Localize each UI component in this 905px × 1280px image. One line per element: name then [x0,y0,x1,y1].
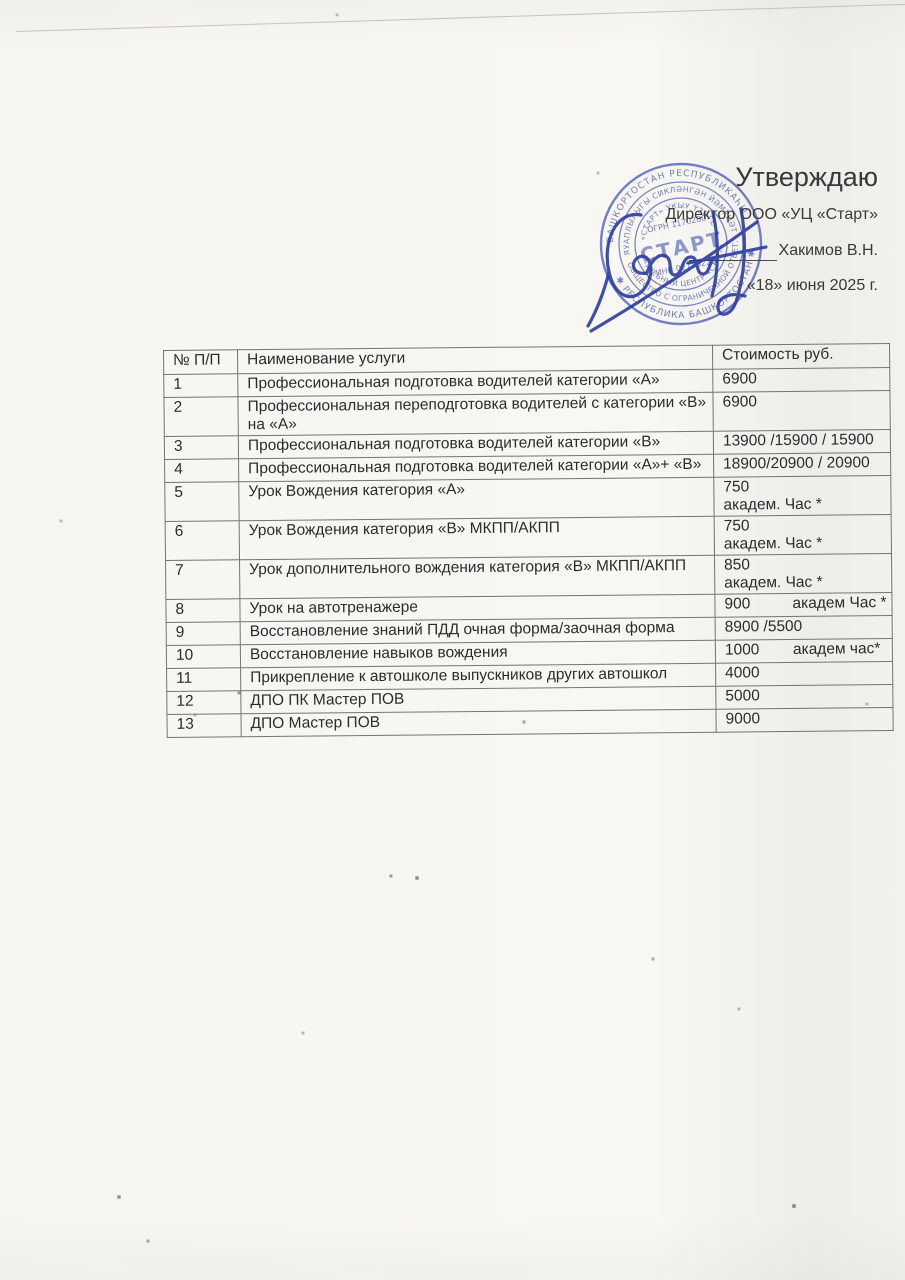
service-price: 850академ. Час * [714,554,891,595]
service-name: Урок Вождения категория «В» МКПП/АКПП [239,516,714,560]
price-value: 850 [724,556,792,575]
row-number: 7 [166,560,240,600]
service-price: 4000 [716,662,893,687]
service-price: 9000 [716,708,893,733]
price-value: 1000 [725,641,793,660]
approval-block: Утверждаю Директор ООО «УЦ «Старт» Хаким… [665,162,878,296]
row-number: 2 [164,397,238,437]
service-price: 1000академ час* [715,639,892,664]
service-price: 900академ Час * [715,593,892,618]
price-value: 6900 [722,393,790,412]
service-price: 6900 [713,391,890,432]
row-number: 1 [164,374,238,398]
price-unit: академ. Час * [724,574,823,593]
row-number: 13 [167,714,241,738]
service-price: 13900 /15900 / 15900 [713,430,890,455]
price-value: 4000 [725,664,793,683]
scan-noise [0,0,2,2]
director-line: Директор ООО «УЦ «Старт» [665,205,878,225]
signature-underline [689,245,777,261]
document-page: Утверждаю Директор ООО «УЦ «Старт» Хаким… [0,0,905,1280]
row-number: 12 [167,691,241,715]
price-unit: академ. Час * [723,496,822,515]
service-name: ДПО Мастер ПОВ [241,709,716,737]
service-price: 18900/20900 / 20900 [714,453,891,478]
price-value: 13900 /15900 / 15900 [723,431,874,450]
row-number: 10 [166,645,240,669]
row-number: 3 [164,436,238,460]
service-price: 8900 /5500 [715,616,892,641]
row-number: 5 [165,482,239,522]
price-unit: академ. Час * [724,535,823,554]
row-number: 9 [166,622,240,646]
col-header-price: Стоимость руб. [712,344,889,370]
approval-date: «18» июня 2025 г. [665,276,878,296]
price-value: 9000 [725,710,793,729]
col-header-number: № П/П [164,350,238,375]
row-number: 11 [167,668,241,692]
row-number: 4 [165,459,239,483]
service-name: Урок дополнительного вождения категория … [240,555,715,599]
service-name: Профессиональная переподготовка водителе… [238,392,713,436]
price-value: 6900 [722,370,790,389]
price-value: 900 [724,595,792,614]
price-unit: академ Час * [792,594,886,613]
service-price: 750академ. Час * [714,476,891,517]
price-value: 5000 [725,687,793,706]
price-value: 750 [724,517,792,536]
price-value: 18900/20900 / 20900 [723,454,870,473]
service-name: Урок Вождения категория «А» [239,477,714,521]
signature-row: Хакимов В.Н. [665,241,878,261]
row-number: 8 [166,599,240,623]
price-unit: академ час* [793,640,881,659]
row-number: 6 [165,521,239,561]
price-value: 750 [723,478,791,497]
service-price: 6900 [713,368,890,393]
price-value: 8900 /5500 [725,618,803,637]
service-price: 750академ. Час * [714,515,891,556]
approval-title: Утверждаю [665,162,878,192]
service-price: 5000 [716,685,893,710]
paper-edge-line [16,4,905,32]
price-table: № П/П Наименование услуги Стоимость руб.… [163,343,894,738]
signee-name: Хакимов В.Н. [779,241,878,261]
price-table-wrapper: № П/П Наименование услуги Стоимость руб.… [163,343,893,738]
